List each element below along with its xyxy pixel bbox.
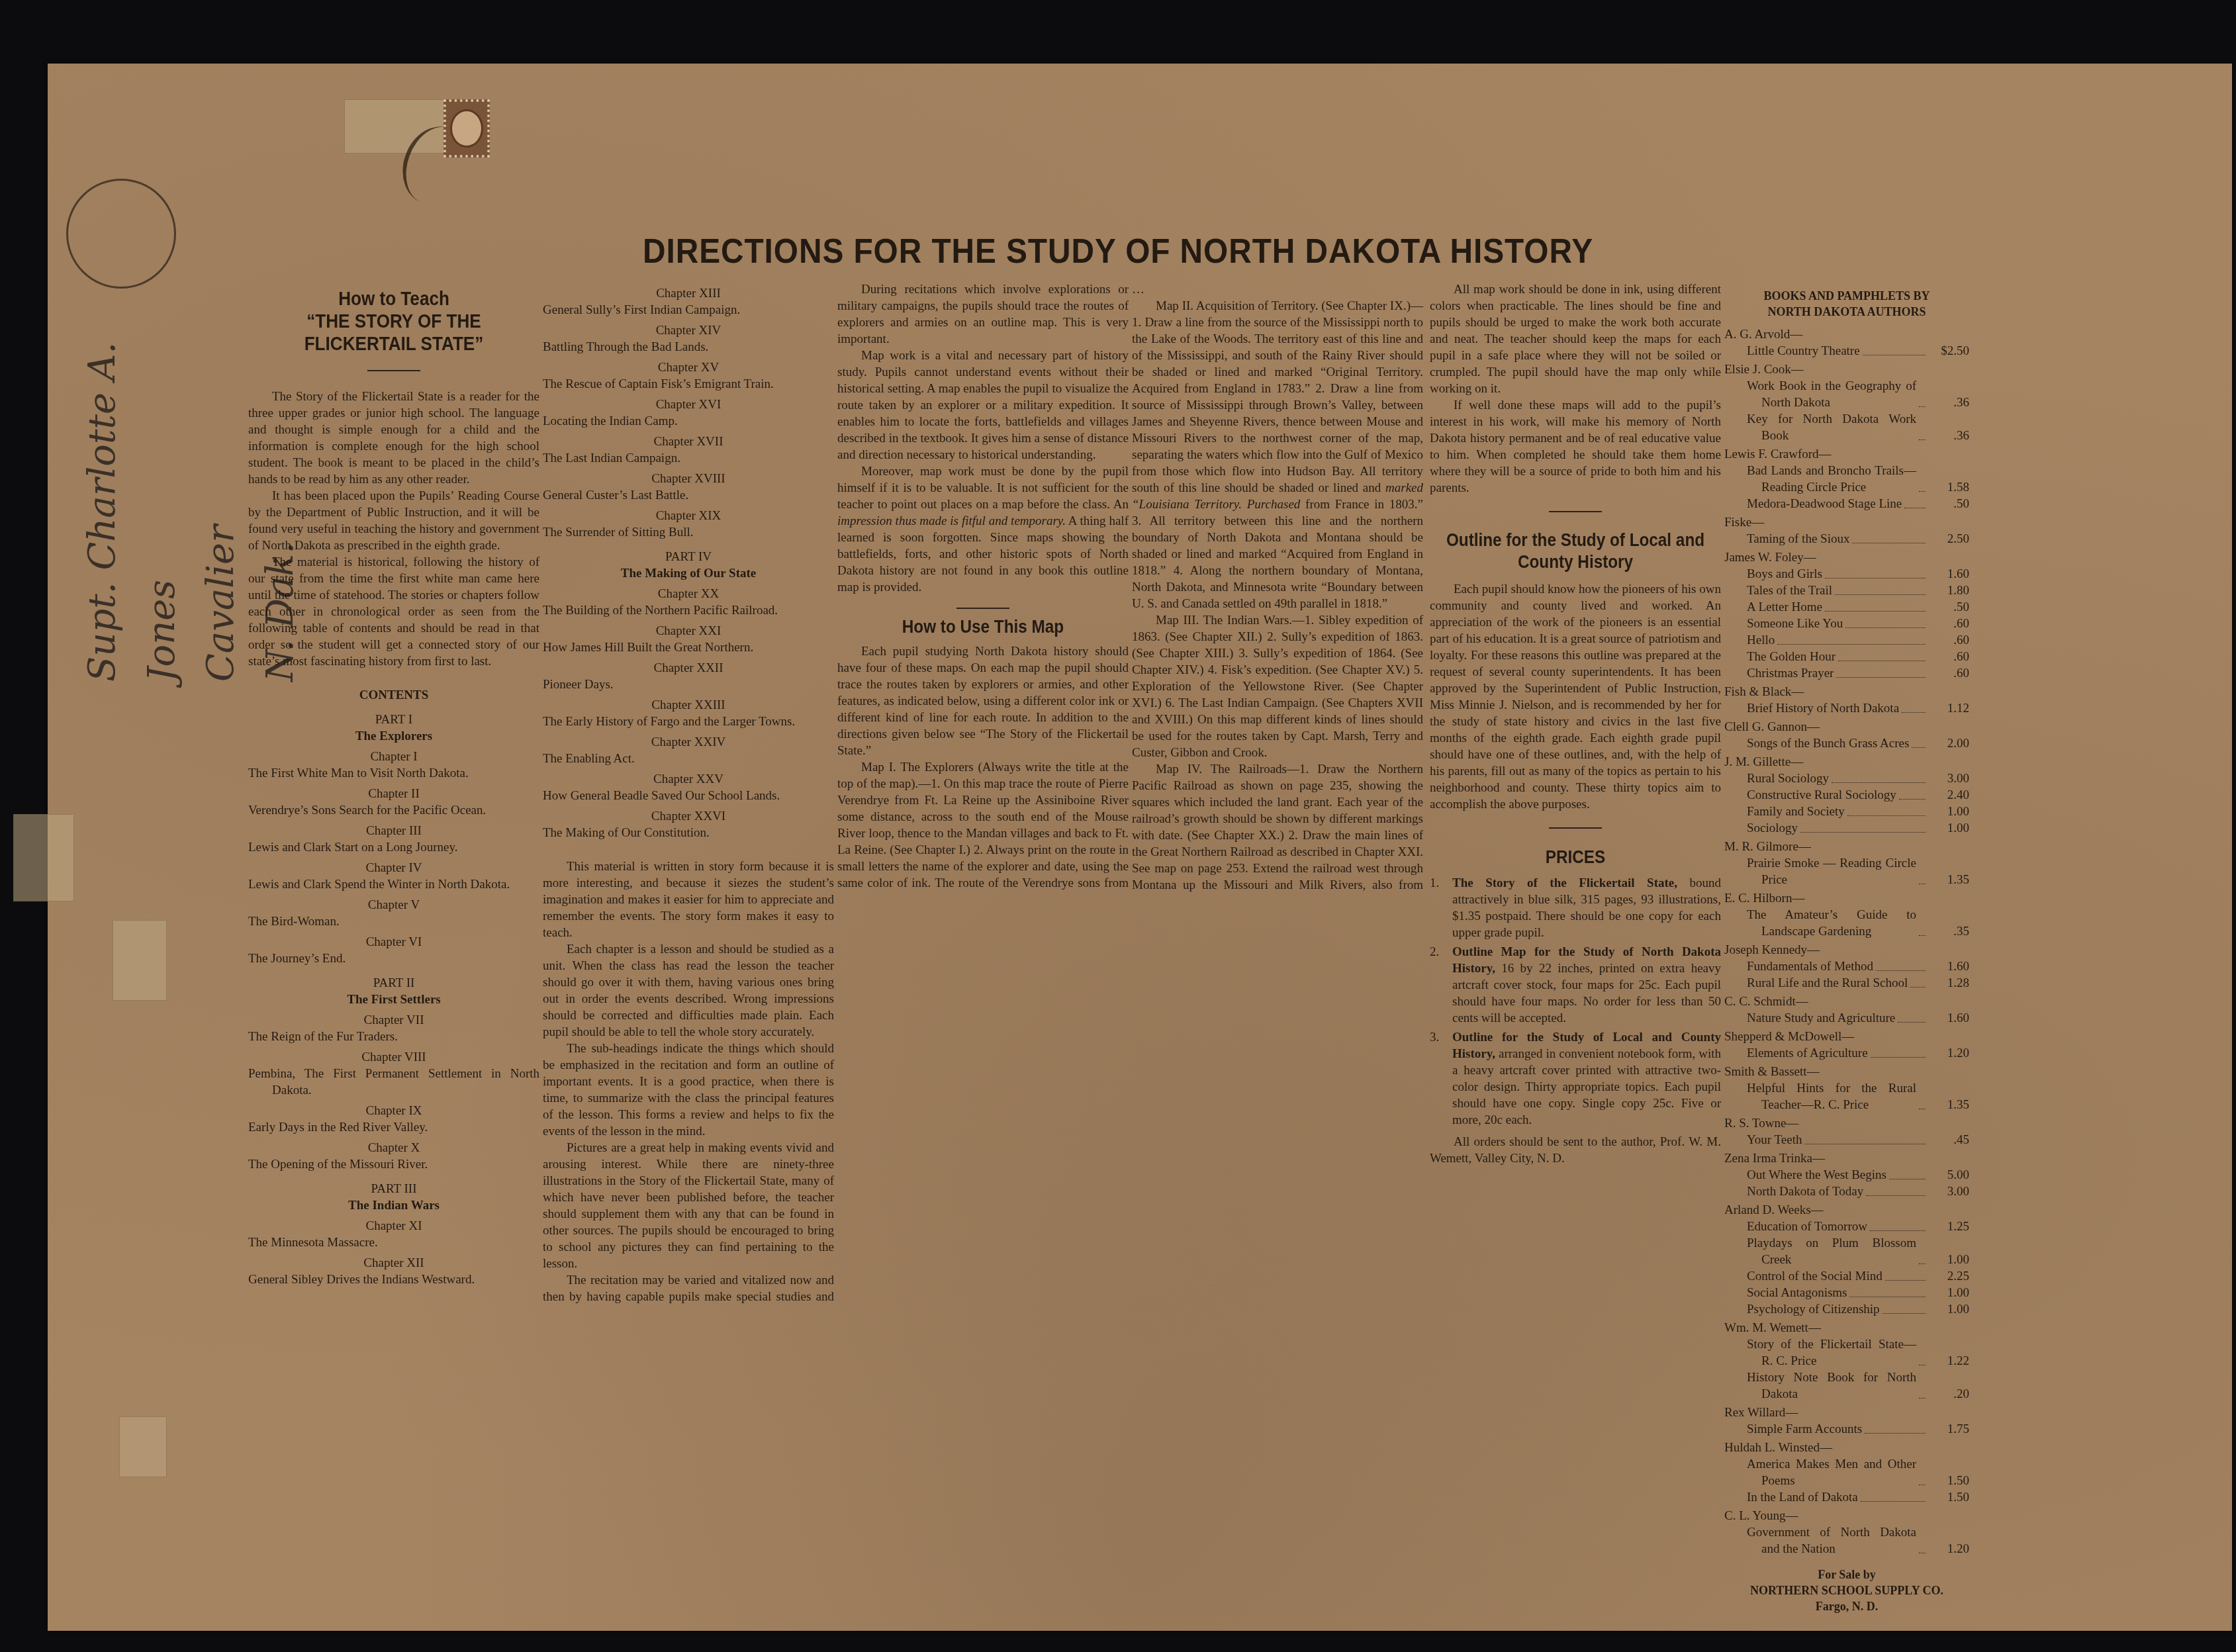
author-name: Fish & Black— xyxy=(1724,684,1969,700)
tape-left xyxy=(13,814,74,901)
paragraph: Map III. The Indian Wars.—1. Sibley expe… xyxy=(1132,612,1423,761)
book-title: Someone Like You xyxy=(1747,616,1843,632)
column-local-history-prices: All map work should be done in ink, usin… xyxy=(1430,281,1721,1167)
leader-dots xyxy=(1919,884,1926,884)
book-price: .50 xyxy=(1928,496,1969,512)
book-title: Rural Sociology xyxy=(1747,770,1829,787)
chapter-number: Chapter VII xyxy=(248,1012,539,1029)
chapter-number: Chapter II xyxy=(248,786,539,802)
item-number: 1. xyxy=(1430,875,1452,941)
leader-dots xyxy=(1804,1144,1926,1144)
chapter-number: Chapter VI xyxy=(248,934,539,950)
item-number: 3. xyxy=(1430,1029,1452,1128)
book-title: Nature Study and Agriculture xyxy=(1747,1010,1895,1027)
book-row: Your Teeth.45 xyxy=(1724,1132,1969,1148)
book-price: .60 xyxy=(1928,665,1969,682)
book-price: 1.00 xyxy=(1928,820,1969,837)
book-title: Social Antagonisms xyxy=(1747,1285,1847,1301)
book-row: Taming of the Sioux2.50 xyxy=(1724,531,1969,547)
part-label: PART II xyxy=(248,975,539,991)
leader-dots xyxy=(1885,1280,1926,1281)
orders-note: All orders should be sent to the author,… xyxy=(1430,1134,1721,1167)
leader-dots xyxy=(1863,355,1926,355)
chapter-number: Chapter IX xyxy=(248,1103,539,1119)
local-history-heading: Outline for the Study of Local and Count… xyxy=(1444,529,1706,573)
paragraph: This material is written in story form b… xyxy=(543,858,834,941)
divider xyxy=(1549,827,1602,829)
book-title: Work Book in the Geography of North Dako… xyxy=(1747,378,1916,411)
book-row: The Amateur’s Guide to Landscape Gardeni… xyxy=(1724,907,1969,940)
address-line-1: Supt. Charlotte A. Jones xyxy=(73,271,191,682)
author-name: Wm. M. Wemett— xyxy=(1724,1320,1969,1336)
author-name: M. R. Gilmore— xyxy=(1724,839,1969,855)
book-price: 1.60 xyxy=(1928,958,1969,975)
author-name: Zena Irma Trinka— xyxy=(1724,1150,1969,1167)
book-title: Playdays on Plum Blossom Creek xyxy=(1747,1235,1916,1268)
book-title: Prairie Smoke — Reading Circle Price xyxy=(1747,855,1916,888)
chapter-title: General Sully’s First Indian Campaign. xyxy=(543,302,834,318)
seller-location: Fargo, N. D. xyxy=(1724,1598,1969,1614)
author-name: A. G. Arvold— xyxy=(1724,326,1969,343)
chapter-number: Chapter XXV xyxy=(543,771,834,788)
author-name: Arland D. Weeks— xyxy=(1724,1202,1969,1218)
paragraph: Each pupil studying North Dakota history… xyxy=(837,643,1129,759)
book-price: .45 xyxy=(1928,1132,1969,1148)
paragraph: All map work should be done in ink, usin… xyxy=(1430,281,1721,397)
heading-line: “THE STORY OF THE xyxy=(263,310,525,333)
paragraph: The recitation may be varied and vitaliz… xyxy=(543,1272,834,1305)
paragraph: Each chapter is a lesson and should be s… xyxy=(543,941,834,1040)
heading-line: How to Teach xyxy=(263,288,525,310)
column-map-work: During recitations which involve explora… xyxy=(837,281,1129,892)
book-price: 1.60 xyxy=(1928,1010,1969,1027)
book-title: Your Teeth xyxy=(1747,1132,1802,1148)
paragraph: It has been placed upon the Pupils’ Read… xyxy=(248,488,539,554)
leader-dots xyxy=(1849,1297,1926,1297)
contents-heading: CONTENTS xyxy=(248,687,539,704)
leader-dots xyxy=(1898,1022,1926,1023)
chapter-number: Chapter XVIII xyxy=(543,471,834,487)
part-title: The Indian Wars xyxy=(248,1197,539,1214)
book-row: Work Book in the Geography of North Dako… xyxy=(1724,378,1969,411)
prices-heading: PRICES xyxy=(1444,846,1706,868)
chapter-title: Battling Through the Bad Lands. xyxy=(543,339,834,355)
leader-dots xyxy=(1845,627,1926,628)
book-title: Taming of the Sioux xyxy=(1747,531,1849,547)
text: Map I. The Explorers (Always write the t… xyxy=(837,760,1129,892)
author-name: J. M. Gillette— xyxy=(1724,754,1969,770)
book-price: 1.20 xyxy=(1928,1045,1969,1062)
book-title: History Note Book for North Dakota xyxy=(1747,1369,1916,1402)
author-name: Fiske— xyxy=(1724,514,1969,531)
book-price: 1.80 xyxy=(1928,582,1969,599)
book-row: Family and Society1.00 xyxy=(1724,803,1969,820)
book-row: Fundamentals of Method1.60 xyxy=(1724,958,1969,975)
book-row: In the Land of Dakota1.50 xyxy=(1724,1489,1969,1506)
book-title: Sociology xyxy=(1747,820,1798,837)
leader-dots xyxy=(1912,747,1926,748)
book-price: .20 xyxy=(1928,1386,1969,1402)
teaching-notes: This material is written in story form b… xyxy=(543,858,834,1305)
book-row: Psychology of Citizenship1.00 xyxy=(1724,1301,1969,1318)
book-title: Simple Farm Accounts xyxy=(1747,1421,1862,1438)
leader-dots xyxy=(1861,1501,1926,1502)
tape-left-lower xyxy=(113,920,167,1001)
price-item: 3.Outline for the Study of Local and Cou… xyxy=(1430,1029,1721,1128)
book-price: 5.00 xyxy=(1928,1167,1969,1183)
book-price: .36 xyxy=(1928,428,1969,444)
heading-line: NORTH DAKOTA AUTHORS xyxy=(1724,304,1969,320)
leader-dots xyxy=(1876,970,1926,971)
leader-dots xyxy=(1832,782,1926,783)
chapter-number: Chapter VIII xyxy=(248,1049,539,1066)
book-row: History Note Book for North Dakota.20 xyxy=(1724,1369,1969,1402)
text: Moreover, map work must be done by the p… xyxy=(837,465,1129,512)
chapter-number: Chapter III xyxy=(248,823,539,839)
document-title: DIRECTIONS FOR THE STUDY OF NORTH DAKOTA… xyxy=(89,232,2147,271)
paragraph: Pictures are a great help in making even… xyxy=(543,1140,834,1272)
chapter-number: Chapter XVII xyxy=(543,434,834,450)
book-title: Helpful Hints for the Rural Teacher—R. C… xyxy=(1747,1080,1916,1113)
book-price: 2.40 xyxy=(1928,787,1969,803)
leader-dots xyxy=(1919,1109,1926,1109)
chapter-number: Chapter XXI xyxy=(543,623,834,639)
author-name: Smith & Bassett— xyxy=(1724,1064,1969,1080)
paragraph: The sub-headings indicate the things whi… xyxy=(543,1040,834,1140)
book-row: Boys and Girls1.60 xyxy=(1724,566,1969,582)
leader-dots xyxy=(1883,1313,1926,1314)
leader-dots xyxy=(1919,1365,1926,1365)
divider xyxy=(956,608,1009,609)
book-price: .35 xyxy=(1928,923,1969,940)
book-title: The Amateur’s Guide to Landscape Gardeni… xyxy=(1747,907,1916,940)
heading-line: BOOKS AND PAMPHLETS BY xyxy=(1724,288,1969,304)
chapter-title: Lewis and Clark Start on a Long Journey. xyxy=(248,839,539,856)
book-row: Brief History of North Dakota1.12 xyxy=(1724,700,1969,717)
italic-text: impression thus made is fitful and tempo… xyxy=(837,514,1066,528)
book-price: 1.00 xyxy=(1928,1301,1969,1318)
item-text: Outline Map for the Study of North Dakot… xyxy=(1452,944,1721,1027)
book-price: 1.35 xyxy=(1928,1097,1969,1113)
leader-dots xyxy=(1919,1553,1926,1553)
book-price: 2.00 xyxy=(1928,735,1969,752)
book-row: Story of the Flickertail State— R. C. Pr… xyxy=(1724,1336,1969,1369)
leader-dots xyxy=(1835,594,1926,595)
chapter-title: Pioneer Days. xyxy=(543,676,834,693)
book-row: Christmas Prayer.60 xyxy=(1724,665,1969,682)
chapter-title: Verendrye’s Sons Search for the Pacific … xyxy=(248,802,539,819)
tape-bottom-left xyxy=(119,1416,167,1477)
author-name: Rex Willard— xyxy=(1724,1404,1969,1421)
book-row: Out Where the West Begins5.00 xyxy=(1724,1167,1969,1183)
paragraph: … xyxy=(1132,281,1423,298)
chapter-number: Chapter XVI xyxy=(543,396,834,413)
heading-line: FLICKERTAIL STATE” xyxy=(263,333,525,355)
leader-dots xyxy=(1825,578,1926,578)
book-row: Key for North Dakota Work Book.36 xyxy=(1724,411,1969,444)
chapter-number: Chapter XIX xyxy=(543,508,834,524)
book-title: North Dakota of Today xyxy=(1747,1183,1863,1200)
book-price: 1.58 xyxy=(1928,479,1969,496)
leader-dots xyxy=(1919,491,1926,492)
paragraph: If well done these maps will add to the … xyxy=(1430,397,1721,496)
book-price: .60 xyxy=(1928,649,1969,665)
book-price: 1.35 xyxy=(1928,872,1969,888)
leader-dots xyxy=(1919,935,1926,936)
leader-dots xyxy=(1910,987,1926,987)
book-title: Government of North Dakota and the Natio… xyxy=(1747,1524,1916,1557)
author-name: Joseph Kennedy— xyxy=(1724,942,1969,958)
chapter-title: The Enabling Act. xyxy=(543,751,834,767)
book-price: 2.25 xyxy=(1928,1268,1969,1285)
leader-dots xyxy=(1904,508,1926,508)
book-row: Simple Farm Accounts1.75 xyxy=(1724,1421,1969,1438)
part-label: PART III xyxy=(248,1181,539,1197)
chapter-number: Chapter X xyxy=(248,1140,539,1156)
chapter-title: Locating the Indian Camp. xyxy=(543,413,834,430)
paragraph: Map work is a vital and necessary part o… xyxy=(837,347,1129,463)
divider xyxy=(367,370,420,371)
book-row: Bad Lands and Broncho Trails— Reading Ci… xyxy=(1724,463,1969,496)
paragraph: During recitations which involve explora… xyxy=(837,281,1129,347)
author-name: C. C. Schmidt— xyxy=(1724,993,1969,1010)
paragraph: Moreover, map work must be done by the p… xyxy=(837,463,1129,596)
divider xyxy=(1549,511,1602,512)
column-books: BOOKS AND PAMPHLETS BY NORTH DAKOTA AUTH… xyxy=(1724,281,1969,1614)
chapter-number: Chapter IV xyxy=(248,860,539,876)
leader-dots xyxy=(1800,832,1926,833)
book-title: Rural Life and the Rural School xyxy=(1747,975,1908,991)
book-row: Elements of Agriculture1.20 xyxy=(1724,1045,1969,1062)
item-text: The Story of the Flickertail State, boun… xyxy=(1452,875,1721,941)
part-title: The Making of Our State xyxy=(543,565,834,582)
book-row: Helpful Hints for the Rural Teacher—R. C… xyxy=(1724,1080,1969,1113)
leader-dots xyxy=(1870,1230,1926,1231)
leader-dots xyxy=(1865,1433,1926,1434)
book-title: Psychology of Citizenship xyxy=(1747,1301,1880,1318)
how-to-use-map-heading: How to Use This Map xyxy=(852,616,1114,638)
part-label: PART IV xyxy=(543,549,834,565)
book-title: Constructive Rural Sociology xyxy=(1747,787,1896,803)
chapter-title: How General Beadle Saved Our School Land… xyxy=(543,788,834,804)
chapter-number: Chapter XX xyxy=(543,586,834,602)
book-row: Social Antagonisms1.00 xyxy=(1724,1285,1969,1301)
leader-dots xyxy=(1871,1057,1926,1058)
book-title: Control of the Social Mind xyxy=(1747,1268,1883,1285)
book-title: Hello xyxy=(1747,632,1775,649)
address-line-2: Cavalier xyxy=(191,271,251,682)
author-name: Lewis F. Crawford— xyxy=(1724,446,1969,463)
seller-name: NORTHERN SCHOOL SUPPLY CO. xyxy=(1724,1583,1969,1598)
item-text: Outline for the Study of Local and Count… xyxy=(1452,1029,1721,1128)
book-price: .60 xyxy=(1928,616,1969,632)
book-row: Prairie Smoke — Reading Circle Price1.35 xyxy=(1724,855,1969,888)
author-name: Shepperd & McDowell— xyxy=(1724,1029,1969,1045)
chapter-title: The Bird-Woman. xyxy=(248,913,539,930)
book-title: Family and Society xyxy=(1747,803,1845,820)
book-row: Little Country Theatre$2.50 xyxy=(1724,343,1969,359)
book-row: Constructive Rural Sociology2.40 xyxy=(1724,787,1969,803)
text: Map II. Acquisition of Territory. (See C… xyxy=(1132,299,1423,495)
chapter-title: Early Days in the Red River Valley. xyxy=(248,1119,539,1136)
book-row: The Golden Hour.60 xyxy=(1724,649,1969,665)
book-row: Rural Sociology3.00 xyxy=(1724,770,1969,787)
paragraph: The material is historical, following th… xyxy=(248,554,539,670)
table-of-contents-part-2: Chapter XIIIGeneral Sully’s First Indian… xyxy=(543,285,834,841)
book-row: North Dakota of Today3.00 xyxy=(1724,1183,1969,1200)
chapter-number: Chapter XXII xyxy=(543,660,834,676)
chapter-title: The Rescue of Captain Fisk’s Emigrant Tr… xyxy=(543,376,834,392)
paragraph: Map II. Acquisition of Territory. (See C… xyxy=(1132,298,1423,612)
chapter-number: Chapter XXIII xyxy=(543,697,834,713)
book-title: The Golden Hour xyxy=(1747,649,1836,665)
book-price: 2.50 xyxy=(1928,531,1969,547)
book-row: America Makes Men and Other Poems1.50 xyxy=(1724,1456,1969,1489)
chapter-title: Lewis and Clark Spend the Winter in Nort… xyxy=(248,876,539,893)
book-price: 1.60 xyxy=(1928,566,1969,582)
leader-dots xyxy=(1852,543,1926,543)
book-title: In the Land of Dakota xyxy=(1747,1489,1858,1506)
book-row: Rural Life and the Rural School1.28 xyxy=(1724,975,1969,991)
chapter-number: Chapter V xyxy=(248,897,539,913)
book-row: Sociology1.00 xyxy=(1724,820,1969,837)
handwritten-address: Supt. Charlotte A. Jones Cavalier N. Dak… xyxy=(73,271,271,682)
book-title: Fundamentals of Method xyxy=(1747,958,1873,975)
chapter-title: The Opening of the Missouri River. xyxy=(248,1156,539,1173)
chapter-title: The Last Indian Campaign. xyxy=(543,450,834,467)
book-list: A. G. Arvold—Little Country Theatre$2.50… xyxy=(1724,326,1969,1557)
chapter-title: The Making of Our Constitution. xyxy=(543,825,834,841)
book-row: A Letter Home.50 xyxy=(1724,599,1969,616)
book-row: Tales of the Trail1.80 xyxy=(1724,582,1969,599)
chapter-title: The First White Man to Visit North Dakot… xyxy=(248,765,539,782)
book-price: $2.50 xyxy=(1928,343,1969,359)
paragraph: Each pupil should know how the pioneers … xyxy=(1430,581,1721,813)
chapter-title: The Journey’s End. xyxy=(248,950,539,967)
books-heading: BOOKS AND PAMPHLETS BY NORTH DAKOTA AUTH… xyxy=(1724,288,1969,320)
leader-dots xyxy=(1899,799,1926,800)
leader-dots xyxy=(1902,712,1926,713)
table-of-contents-part-1: PART IThe ExplorersChapter IThe First Wh… xyxy=(248,711,539,1288)
leader-dots xyxy=(1836,677,1926,678)
how-to-teach-heading: How to Teach “THE STORY OF THE FLICKERTA… xyxy=(263,288,525,355)
column-how-to-teach: How to Teach “THE STORY OF THE FLICKERTA… xyxy=(248,281,539,1288)
chapter-title: Pembina, The First Permanent Settlement … xyxy=(248,1066,539,1099)
leader-dots xyxy=(1919,1263,1926,1264)
book-price: 1.28 xyxy=(1928,975,1969,991)
text: from France in 1803.” 3. All territory b… xyxy=(1132,498,1423,611)
part-title: The First Settlers xyxy=(248,991,539,1008)
book-row: Hello.60 xyxy=(1724,632,1969,649)
book-row: Government of North Dakota and the Natio… xyxy=(1724,1524,1969,1557)
author-name: Elsie J. Cook— xyxy=(1724,361,1969,378)
book-price: 1.00 xyxy=(1928,1252,1969,1268)
book-price: 1.50 xyxy=(1928,1473,1969,1489)
chapter-title: The Early History of Fargo and the Large… xyxy=(543,713,834,730)
item-title: The Story of the Flickertail State, xyxy=(1452,876,1677,890)
author-name: Clell G. Gannon— xyxy=(1724,719,1969,735)
book-price: .36 xyxy=(1928,394,1969,411)
author-name: James W. Foley— xyxy=(1724,549,1969,566)
author-name: C. L. Young— xyxy=(1724,1508,1969,1524)
chapter-title: The Reign of the Fur Traders. xyxy=(248,1029,539,1045)
item-number: 2. xyxy=(1430,944,1452,1027)
leader-dots xyxy=(1889,1179,1926,1179)
author-name: R. S. Towne— xyxy=(1724,1115,1969,1132)
leader-dots xyxy=(1866,1195,1926,1196)
book-price: .50 xyxy=(1928,599,1969,616)
book-price: 1.25 xyxy=(1928,1218,1969,1235)
part-title: The Explorers xyxy=(248,728,539,745)
chapter-title: The Minnesota Massacre. xyxy=(248,1234,539,1251)
book-title: Christmas Prayer xyxy=(1747,665,1834,682)
book-title: Tales of the Trail xyxy=(1747,582,1832,599)
book-price: 1.00 xyxy=(1928,1285,1969,1301)
book-price: 1.12 xyxy=(1928,700,1969,717)
book-row: Someone Like You.60 xyxy=(1724,616,1969,632)
part-label: PART I xyxy=(248,711,539,728)
leader-dots xyxy=(1847,815,1926,816)
paragraph: Map I. The Explorers (Always write the t… xyxy=(837,759,1129,892)
book-title: Out Where the West Begins xyxy=(1747,1167,1887,1183)
book-title: A Letter Home xyxy=(1747,599,1822,616)
book-title: Story of the Flickertail State— R. C. Pr… xyxy=(1747,1336,1916,1369)
chapter-title: How James Hill Built the Great Northern. xyxy=(543,639,834,656)
chapter-number: Chapter I xyxy=(248,749,539,765)
leader-dots xyxy=(1919,406,1926,407)
leader-dots xyxy=(1838,661,1926,661)
chapter-title: General Sibley Drives the Indians Westwa… xyxy=(248,1271,539,1288)
book-price: 1.22 xyxy=(1928,1353,1969,1369)
chapter-number: Chapter XI xyxy=(248,1218,539,1234)
leader-dots xyxy=(1825,611,1926,612)
book-price: 1.50 xyxy=(1928,1489,1969,1506)
book-row: Control of the Social Mind2.25 xyxy=(1724,1268,1969,1285)
leader-dots xyxy=(1919,1485,1926,1485)
book-row: Education of Tomorrow1.25 xyxy=(1724,1218,1969,1235)
book-row: Medora-Deadwood Stage Line.50 xyxy=(1724,496,1969,512)
chapter-number: Chapter XV xyxy=(543,359,834,376)
chapter-title: General Custer’s Last Battle. xyxy=(543,487,834,504)
book-title: America Makes Men and Other Poems xyxy=(1747,1456,1916,1489)
chapter-title: The Building of the Northern Pacific Rai… xyxy=(543,602,834,619)
price-item: 1.The Story of the Flickertail State, bo… xyxy=(1430,875,1721,941)
book-title: Elements of Agriculture xyxy=(1747,1045,1868,1062)
leader-dots xyxy=(1919,1398,1926,1399)
book-row: Songs of the Bunch Grass Acres2.00 xyxy=(1724,735,1969,752)
paragraph: Map IV. The Railroads—1. Draw the Northe… xyxy=(1132,761,1423,894)
chapter-number: Chapter XIV xyxy=(543,322,834,339)
book-row: Nature Study and Agriculture1.60 xyxy=(1724,1010,1969,1027)
book-price: .60 xyxy=(1928,632,1969,649)
book-price: 1.75 xyxy=(1928,1421,1969,1438)
book-title: Education of Tomorrow xyxy=(1747,1218,1867,1235)
chapter-number: Chapter XXVI xyxy=(543,808,834,825)
chapter-title: The Surrender of Sitting Bull. xyxy=(543,524,834,541)
book-title: Bad Lands and Broncho Trails— Reading Ci… xyxy=(1747,463,1916,496)
book-title: Medora-Deadwood Stage Line xyxy=(1747,496,1902,512)
leader-dots xyxy=(1919,439,1926,440)
chapter-number: Chapter XXIV xyxy=(543,734,834,751)
book-title: Brief History of North Dakota xyxy=(1747,700,1899,717)
column-maps-continued: … Map II. Acquisition of Territory. (See… xyxy=(1132,281,1423,894)
book-title: Key for North Dakota Work Book xyxy=(1747,411,1916,444)
book-price: 3.00 xyxy=(1928,770,1969,787)
author-name: Huldah L. Winsted— xyxy=(1724,1440,1969,1456)
leader-dots xyxy=(1777,644,1926,645)
book-price: 1.20 xyxy=(1928,1541,1969,1557)
chapter-number: Chapter XII xyxy=(248,1255,539,1271)
